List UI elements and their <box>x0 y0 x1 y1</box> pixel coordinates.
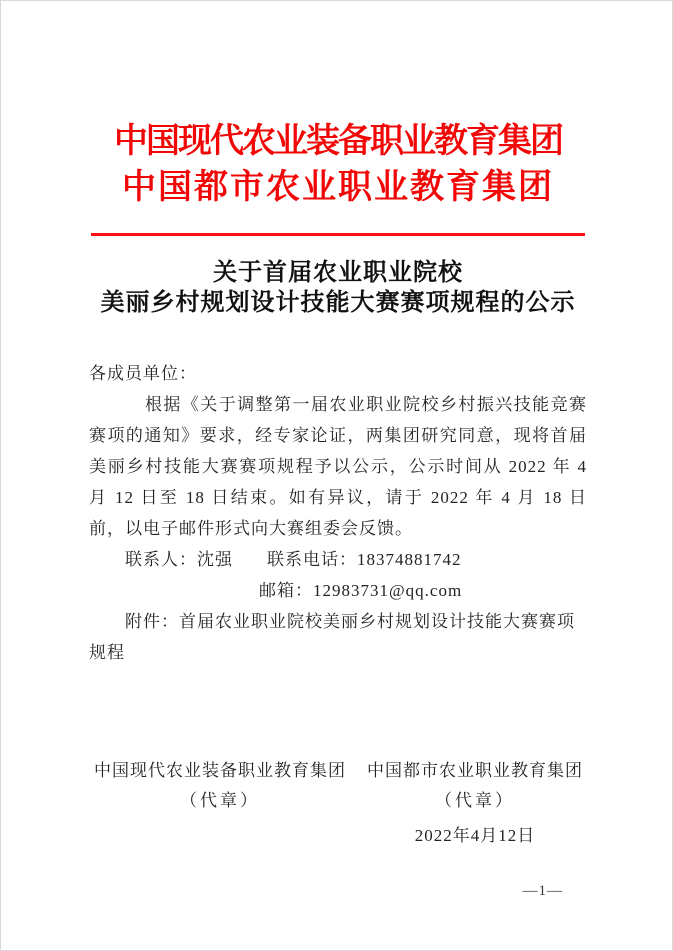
contact-line: 联系人：沈强联系电话：18374881742 <box>89 544 587 575</box>
contact-person-name: 沈强 <box>197 550 233 569</box>
contact-phone-label: 联系电话： <box>267 550 357 569</box>
signature-left-org: 中国现代农业装备职业教育集团 <box>89 756 351 786</box>
email-address: 12983731@qq.com <box>313 581 462 600</box>
document-page: 中国现代农业装备职业教育集团 中国都市农业职业教育集团 关于首届农业职业院校 美… <box>0 0 673 951</box>
signature-block: 中国现代农业装备职业教育集团 （代章） 中国都市农业职业教育集团 （代章） 20… <box>89 756 587 850</box>
signature-right: 中国都市农业职业教育集团 （代章） 2022年4月12日 <box>363 756 587 850</box>
letterhead-divider <box>91 233 585 236</box>
attachment-label: 附件： <box>125 612 179 631</box>
letterhead-org-line1: 中国现代农业装备职业教育集团 <box>89 119 587 165</box>
letterhead: 中国现代农业装备职业教育集团 中国都市农业职业教育集团 <box>89 119 587 236</box>
signature-left-seal-note: （代章） <box>89 786 351 816</box>
salutation: 各成员单位： <box>89 358 587 389</box>
page-number: —1— <box>523 883 564 899</box>
contact-phone-number: 18374881742 <box>357 550 462 569</box>
email-line: 邮箱：12983731@qq.com <box>89 575 587 606</box>
document-title-line2: 美丽乡村规划设计技能大赛赛项规程的公示 <box>89 288 587 318</box>
signature-right-seal-note: （代章） <box>363 786 587 816</box>
document-title-line1: 关于首届农业职业院校 <box>89 258 587 288</box>
email-label: 邮箱： <box>259 581 313 600</box>
letterhead-org-line2: 中国都市农业职业教育集团 <box>89 165 587 211</box>
signature-left: 中国现代农业装备职业教育集团 （代章） <box>89 756 351 850</box>
signature-date: 2022年4月12日 <box>363 822 587 850</box>
attachment-line: 附件：首届农业职业院校美丽乡村规划设计技能大赛赛项规程 <box>89 606 587 668</box>
signature-right-org: 中国都市农业职业教育集团 <box>363 756 587 786</box>
contact-person-label: 联系人： <box>125 550 197 569</box>
document-footer: —1— <box>89 882 587 900</box>
document-body: 各成员单位： 根据《关于调整第一届农业职业院校乡村振兴技能竞赛赛项的通知》要求，… <box>89 358 587 668</box>
body-paragraph: 根据《关于调整第一届农业职业院校乡村振兴技能竞赛赛项的通知》要求，经专家论证，两… <box>89 389 587 544</box>
document-title: 关于首届农业职业院校 美丽乡村规划设计技能大赛赛项规程的公示 <box>89 258 587 318</box>
